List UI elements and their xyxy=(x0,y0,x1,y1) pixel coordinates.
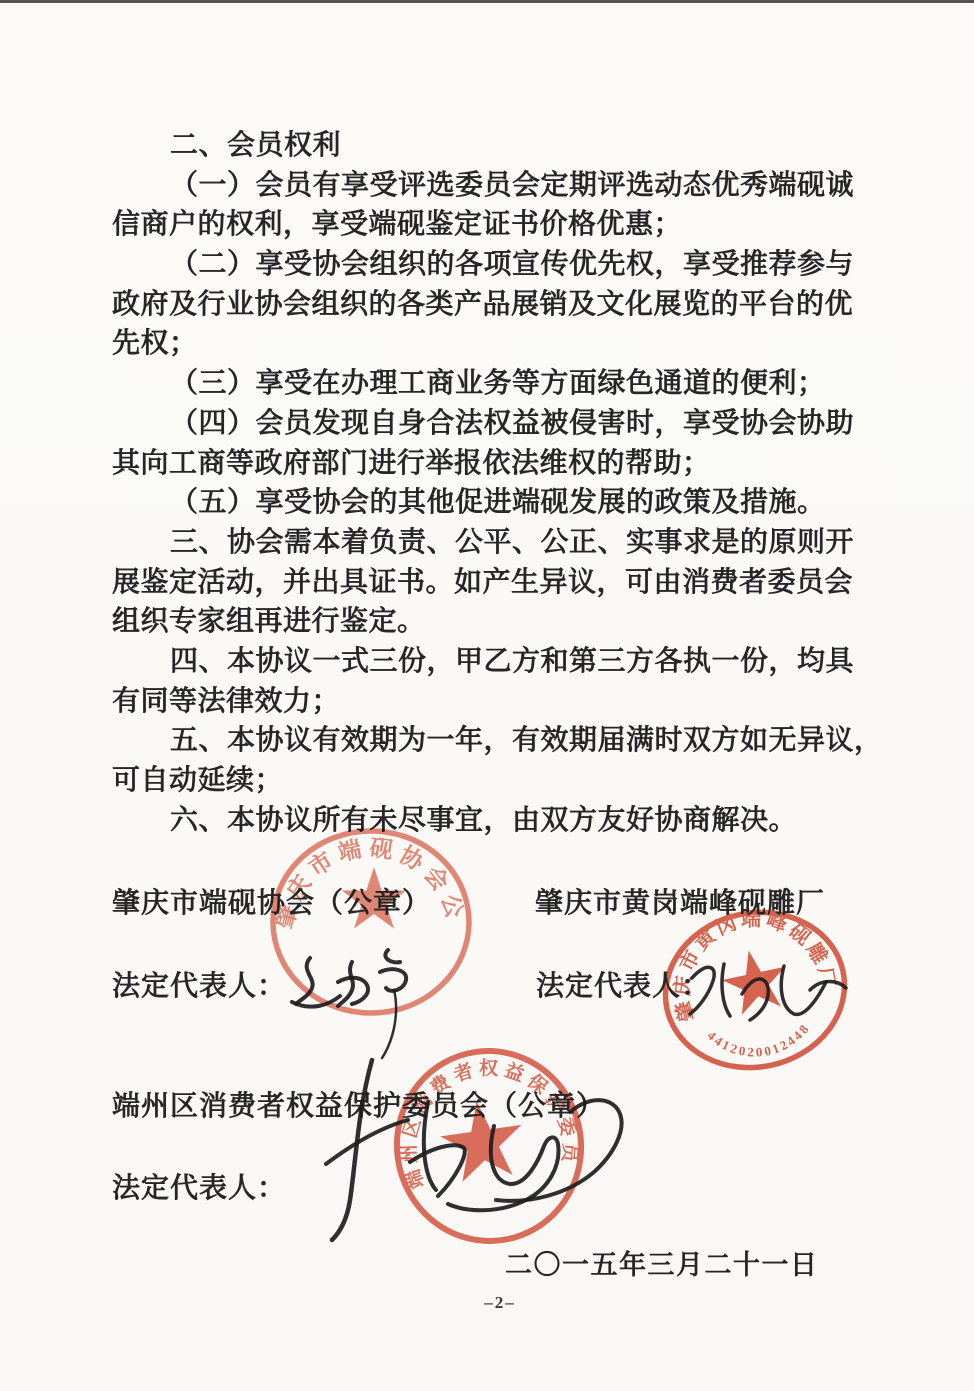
body-line: （一）会员有享受评选委员会定期评选动态优秀端砚诚 xyxy=(112,166,860,206)
party-b-title: 肇庆市黄岗端峰砚雕厂 xyxy=(535,881,825,921)
body-line: 信商户的权利，享受端砚鉴定证书价格优惠； xyxy=(112,205,860,245)
body-line: 其向工商等政府部门进行举报依法维权的帮助； xyxy=(112,444,860,484)
party-a-representative-label: 法定代表人： xyxy=(112,964,286,1004)
third-party-representative-label: 法定代表人： xyxy=(112,1166,286,1206)
third-party-signature xyxy=(298,1042,680,1244)
scanned-agreement-page: 二、会员权利 （一）会员有享受评选委员会定期评选动态优秀端砚诚 信商户的权利，享… xyxy=(0,0,974,1391)
body-line: 政府及行业协会组织的各类产品展销及文化展览的平台的优 xyxy=(112,285,860,325)
body-line: （二）享受协会组织的各项宣传优先权，享受推荐参与 xyxy=(112,245,860,285)
body-line: 组织专家组再进行鉴定。 xyxy=(112,602,860,642)
body-line: 四、本协议一式三份，甲乙方和第三方各执一份，均具 xyxy=(112,642,860,682)
body-line: 三、协会需本着负责、公平、公正、实事求是的原则开 xyxy=(112,523,860,563)
body-line: （四）会员发现自身合法权益被侵害时，享受协会协助 xyxy=(112,404,860,444)
body-line: 六、本协议所有未尽事宜，由双方友好协商解决。 xyxy=(112,801,860,841)
party-a-title: 肇庆市端砚协会（公章） xyxy=(112,881,431,921)
body-line: 先权； xyxy=(112,324,860,364)
signing-date: 二〇一五年三月二十一日 xyxy=(505,1243,819,1282)
body-line: 展鉴定活动，并出具证书。如产生异议，可由消费者委员会 xyxy=(112,563,860,603)
body-line: 五、本协议有效期为一年，有效期届满时双方如无异议， xyxy=(112,721,860,761)
party-b-signature xyxy=(662,936,854,1044)
body-line: （三）享受在办理工商业务等方面绿色通道的便利； xyxy=(112,364,860,404)
page-number: –2– xyxy=(468,1293,532,1313)
body-line: （五）享受协会的其他促进端砚发展的政策及措施。 xyxy=(112,483,860,523)
body-line: 有同等法律效力； xyxy=(112,682,860,722)
body-line: 可自动延续； xyxy=(112,761,860,801)
body-line: 二、会员权利 xyxy=(112,126,860,166)
agreement-body: 二、会员权利 （一）会员有享受评选委员会定期评选动态优秀端砚诚 信商户的权利，享… xyxy=(112,126,860,840)
scan-edge-artifact xyxy=(0,0,974,3)
